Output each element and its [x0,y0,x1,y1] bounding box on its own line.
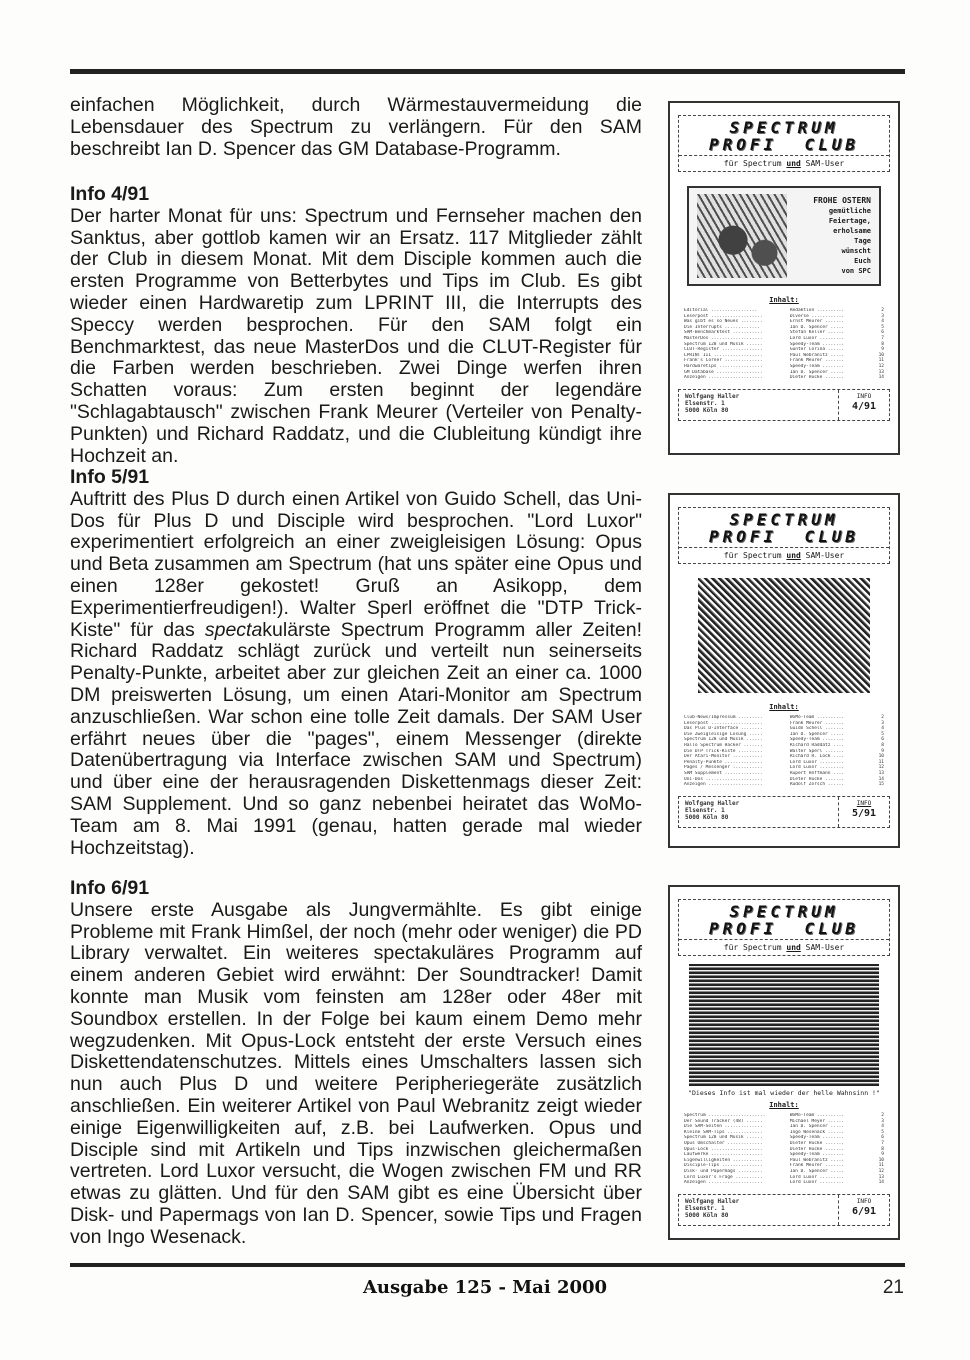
section-info-4-91: Info 4/91 Der harter Monat für uns: Spec… [70,184,642,467]
bottom-rule [70,1263,905,1267]
cover-title: SPECTRUM PROFI CLUB [679,116,889,155]
cover-toc-heading: Inhalt: [670,703,898,711]
section-info-5-91: Info 5/91 Auftritt des Plus D durch eine… [70,467,642,859]
cover-title: SPECTRUM PROFI CLUB [679,508,889,547]
cover-illustration-computer-kid [689,964,879,1086]
cover-issue-box: INFO 6/91 [839,1195,889,1225]
emphasis: specta [205,619,262,641]
cover-footer: Wolfgang Haller Elsenstr. 1 5000 Köln 80… [678,1194,890,1226]
cover-issue-number: 4/91 [839,402,889,412]
cover-masthead: SPECTRUM PROFI CLUB für Spectrum und SAM… [678,899,890,956]
cover-address: Wolfgang Haller Elsenstr. 1 5000 Köln 80 [679,797,839,827]
cover-info-6-91: SPECTRUM PROFI CLUB für Spectrum und SAM… [668,885,900,1240]
cover-subtitle: für Spectrum und SAM-User [679,939,889,955]
cover-subtitle: für Spectrum und SAM-User [679,547,889,563]
section-text: Auftritt des Plus D durch einen Artikel … [70,489,642,860]
cover-toc: Spectrum .....................WoMo-Team … [684,1113,884,1186]
cover-info-5-91: SPECTRUM PROFI CLUB für Spectrum und SAM… [668,493,900,848]
intro-text: einfachen Möglichkeit, durch Wärmestauve… [70,95,642,160]
cover-issue-box: INFO 5/91 [839,797,889,827]
section-heading: Info 5/91 [70,467,642,489]
page-number: 21 [883,1277,904,1299]
section-text: Der harter Monat für uns: Spectrum und F… [70,206,642,468]
cover-toc-heading: Inhalt: [670,1101,898,1109]
cover-address: Wolfgang Haller Elsenstr. 1 5000 Köln 80 [679,1195,839,1225]
cover-masthead: SPECTRUM PROFI CLUB für Spectrum und SAM… [678,115,890,172]
cover-subtitle: für Spectrum und SAM-User [679,155,889,171]
cover-masthead: SPECTRUM PROFI CLUB für Spectrum und SAM… [678,507,890,564]
cover-toc: Editorial .................Redaktion ...… [684,308,884,381]
top-rule [70,69,905,74]
section-text: Unsere erste Ausgabe als Jungvermählte. … [70,900,642,1249]
cover-footer: Wolfgang Haller Elsenstr. 1 5000 Köln 80… [678,389,890,421]
cover-info-4-91: SPECTRUM PROFI CLUB für Spectrum und SAM… [668,101,900,455]
cover-issue-number: 5/91 [839,809,889,819]
intro-paragraph: einfachen Möglichkeit, durch Wärmestauve… [70,95,642,160]
bunny-image [697,194,787,278]
cover-toc-heading: Inhalt: [670,296,898,304]
footer-issue-title: Ausgabe 125 - Mai 2000 [0,1277,970,1298]
cover-art-caption: "Dieses Info ist mal wieder der helle Wa… [670,1089,898,1097]
section-heading: Info 4/91 [70,184,642,206]
cover-issue-number: 6/91 [839,1207,889,1217]
cover-title: SPECTRUM PROFI CLUB [679,900,889,939]
cover-footer: Wolfgang Haller Elsenstr. 1 5000 Köln 80… [678,796,890,828]
cover-illustration-easter-bunny: FROHE OSTERN gemütliche Feiertage, erhol… [687,186,881,286]
easter-greeting: FROHE OSTERN gemütliche Feiertage, erhol… [787,196,871,276]
cover-address: Wolfgang Haller Elsenstr. 1 5000 Köln 80 [679,390,839,420]
section-info-6-91: Info 6/91 Unsere erste Ausgabe als Jungv… [70,878,642,1249]
section-heading: Info 6/91 [70,878,642,900]
cover-illustration-face [698,578,870,693]
cover-toc: Club-News/Impressum .........WoMo-Team .… [684,715,884,788]
cover-issue-box: INFO 4/91 [839,390,889,420]
